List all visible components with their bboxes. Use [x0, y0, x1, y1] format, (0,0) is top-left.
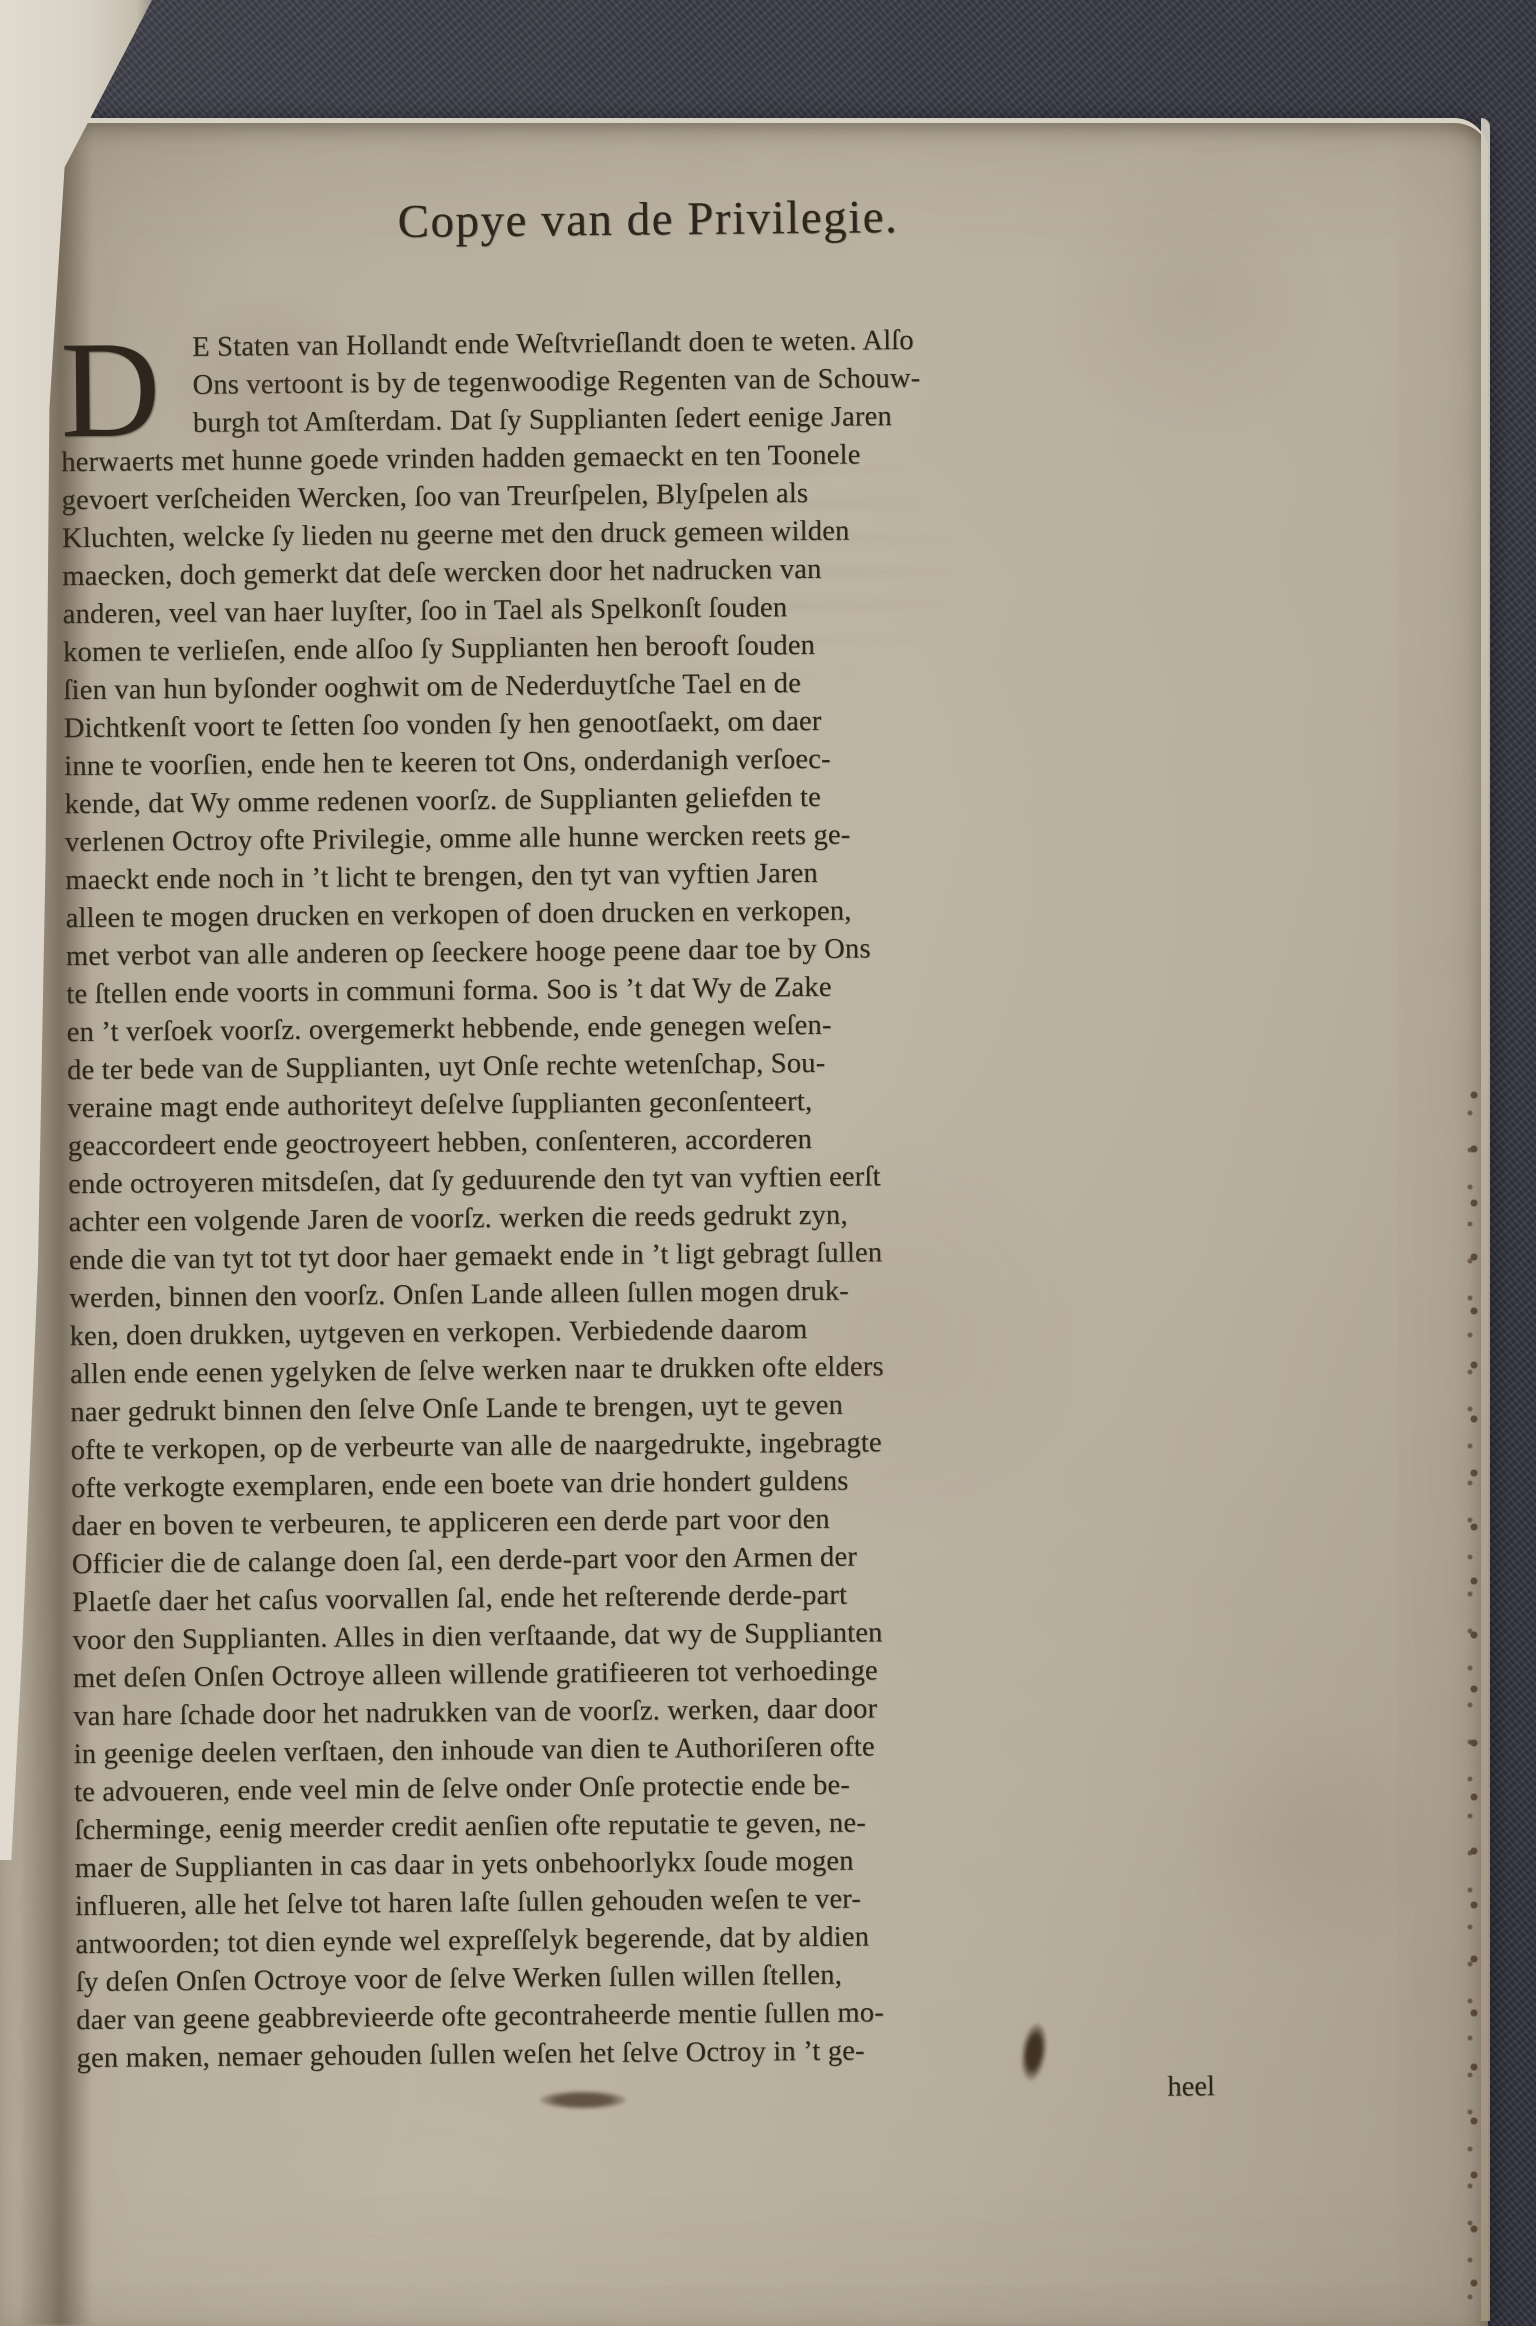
- catchword: heel: [1167, 2071, 1215, 2102]
- page-title: Copye van de Privilegie.: [59, 187, 1237, 252]
- opening-lines: E Staten van Hollandt ende Weſtvrieſland…: [192, 319, 1239, 443]
- page-content: Copye van de Privilegie. D E Staten van …: [0, 114, 1507, 2122]
- opening-paragraph: D E Staten van Hollandt ende Weſtvrieſla…: [60, 319, 1239, 444]
- ink-smudge: [540, 2091, 626, 2109]
- drop-cap-letter: D: [60, 329, 193, 442]
- book-photo: Copye van de Privilegie. D E Staten van …: [0, 0, 1536, 2326]
- book-page: Copye van de Privilegie. D E Staten van …: [0, 118, 1488, 2326]
- body-text: herwaerts met hunne goede vrinden hadden…: [61, 433, 1255, 2078]
